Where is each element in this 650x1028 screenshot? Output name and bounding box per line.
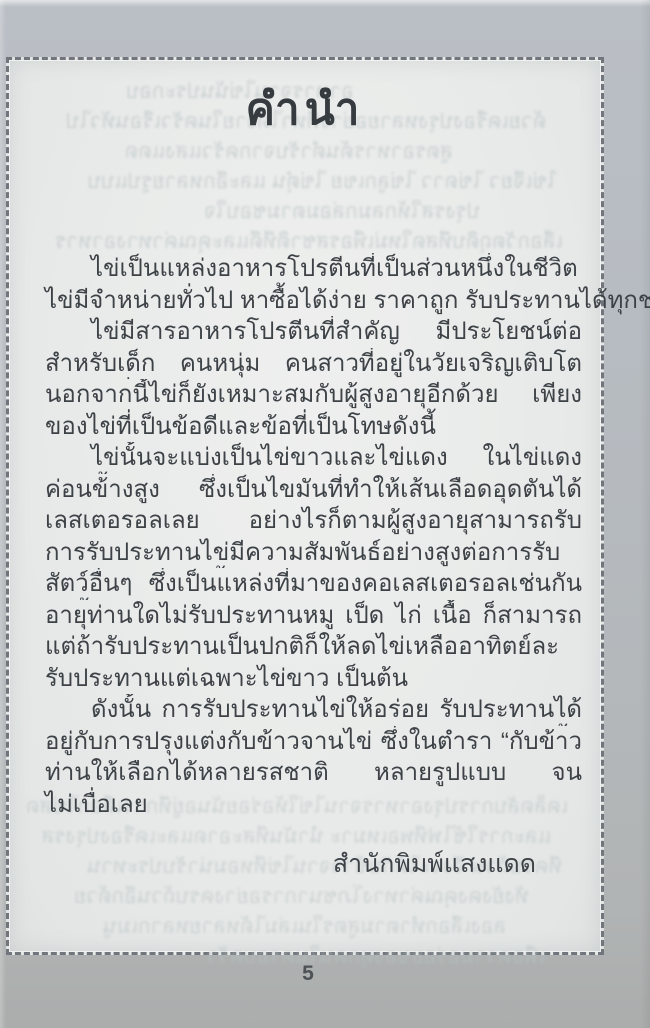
text-line: รับประทานแต่เฉพาะไข่ขาว เป็นต้น — [45, 663, 582, 695]
bleed-through-line: ทั้งยังคงคุณค่าทางโภชนาการอย่างครบถ้วนอี… — [25, 885, 529, 908]
bleed-through-line: สูตรอาหารต้นตำรับจากครัวแสงแดด — [35, 140, 453, 163]
text-line: นอกจากนี้ไข่ก็ยังเหมาะสมกับผู้สูงอายุอีก… — [45, 379, 582, 411]
text-line: ไม่เบื่อเลย — [45, 789, 582, 821]
text-line: แต่ถ้ารับประทานเป็นปกติก็ให้ลดไข่เหลืออา… — [45, 631, 582, 663]
text-line: เลสเตอรอลเลย อย่างไรก็ตามผู้สูงอายุสามาร… — [45, 505, 582, 537]
text-line: ค่อนข้างสูง ซึ่งเป็นไขมันที่ทำให้เส้นเลื… — [45, 474, 582, 506]
page-border-frame: คำนำ อาหารจานไข่นั้นประกอบด้วยเครื่องปรุ… — [6, 57, 604, 955]
publisher-signature: สำนักพิมพ์แสงแดด — [333, 844, 536, 884]
text-line: ของไข่ที่เป็นข้อดีและข้อที่เป็นโทษดังนี้ — [45, 411, 582, 443]
paragraph: ไข่นั้นจะแบ่งเป็นไข่ขาวและไข่แดง ในไข่แด… — [45, 442, 582, 694]
text-line: อายุท่านใดไม่รับประทานหมู เป็ด ไก่ เนื้อ… — [45, 600, 582, 632]
text-line: ดังนั้น การรับประทานไข่ให้อร่อย รับประทา… — [45, 694, 582, 726]
text-line: สัตว์อื่นๆ ซึ่งเป็นแหล่งที่มาของคอเลสเตอ… — [45, 568, 582, 600]
page-title: คำนำ — [9, 60, 601, 138]
bleed-through-bottom: เคล็ดลับการปรุงอาหารจานไข่ให้อร่อยนั้นอย… — [25, 795, 585, 975]
text-line: ไข่มีสารอาหารโปรตีนที่สำคัญ มีประโยชน์ต่… — [45, 316, 582, 348]
text-line: การรับประทานไข่มีความสัมพันธ์อย่างสูงต่อ… — [45, 537, 582, 569]
bleed-through-line: ไข่เจียว ไข่ดาว ไข่ลูกเขย ไข่ตุ๋น และอีก… — [35, 170, 558, 193]
bleed-through-line: ลองเลือกทำตามสูตรในเล่มได้หลายหลากเมนู — [25, 915, 507, 938]
text-line: อยู่กับการปรุงแต่งกับข้าวจานไข่ ซึ่งในตำ… — [45, 726, 582, 758]
bleed-through-line: เลือกวัตถุดิบที่สดใหม่เพื่อรสชาติที่ดีแล… — [35, 230, 563, 253]
bleed-through-line: ปรุงรสให้กลมกล่อมตามชอบใจ — [35, 200, 481, 223]
paragraph: ดังนั้น การรับประทานไข่ให้อร่อย รับประทา… — [45, 694, 582, 820]
text-line: ไข่เป็นแหล่งอาหารโปรตีนที่เป็นส่วนหนึ่งใ… — [45, 253, 582, 285]
text-line: ท่านให้เลือกได้หลายรสชาติ หลายรูปแบบ จนส… — [45, 757, 582, 789]
paragraph: ไข่มีสารอาหารโปรตีนที่สำคัญ มีประโยชน์ต่… — [45, 316, 582, 442]
preface-body: ไข่เป็นแหล่งอาหารโปรตีนที่เป็นส่วนหนึ่งใ… — [45, 253, 582, 820]
text-line: สำหรับเด็ก คนหนุ่ม คนสาวที่อยู่ในวัยเจริ… — [45, 348, 582, 380]
text-line: ไข่นั้นจะแบ่งเป็นไข่ขาวและไข่แดง ในไข่แด… — [45, 442, 582, 474]
page-number: 5 — [0, 962, 616, 986]
paragraph: ไข่เป็นแหล่งอาหารโปรตีนที่เป็นส่วนหนึ่งใ… — [45, 253, 582, 316]
scanned-page: คำนำ อาหารจานไข่นั้นประกอบด้วยเครื่องปรุ… — [0, 0, 650, 1028]
text-line: ไข่มีจำหน่ายทั่วไป หาซื้อได้ง่าย ราคาถูก… — [45, 285, 582, 317]
